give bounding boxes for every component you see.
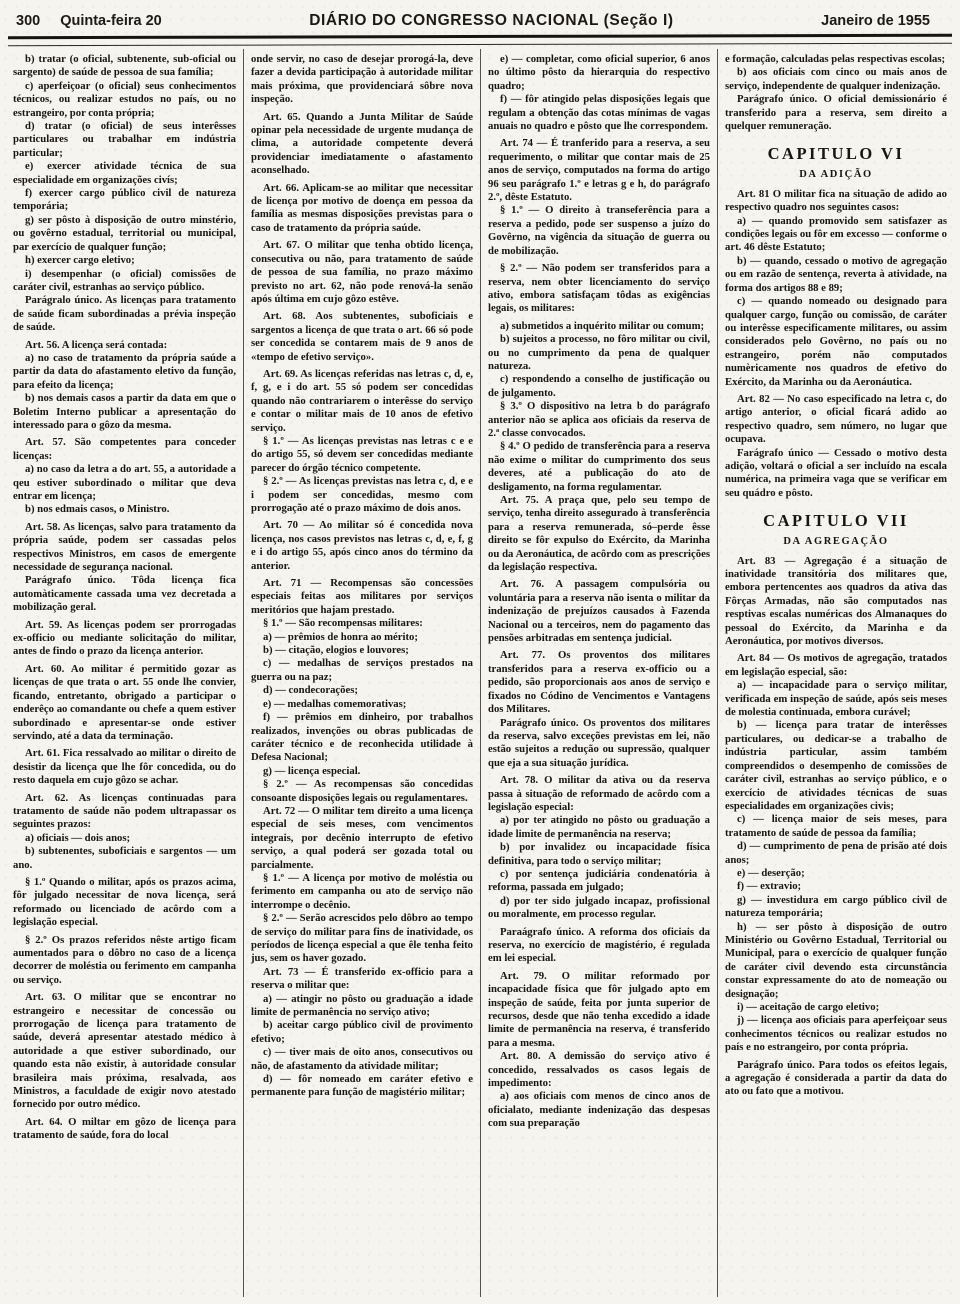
paragraph: § 2.º — As recompensas são concedidas co… (251, 778, 473, 805)
paragraph: Art. 76. A passagem compulsória ou volun… (488, 578, 710, 645)
paragraph: a) oficiais — dois anos; (13, 832, 236, 845)
paragraph: § 1.º — São recompensas militares: (251, 617, 473, 630)
paragraph: § 4.º O pedido de transferência para a r… (488, 440, 710, 494)
column-4: e formação, calculadas pelas respectivas… (717, 49, 954, 1297)
issue-date: Janeiro de 1955 (821, 13, 944, 29)
paragraph: Art. 67. O militar que tenha obtido lice… (251, 239, 473, 306)
paragraph: Art. 65. Quando a Junta Militar de Saúde… (251, 111, 473, 178)
paragraph: Art. 63. O militar que se encontrar no e… (13, 991, 236, 1112)
paragraph: g) ser pôsto à disposição de outro minst… (13, 214, 236, 254)
paragraph: Art. 69. As licenças referidas nas letra… (251, 368, 473, 435)
paragraph: § 2.º Os prazos referidos nêste artigo f… (13, 934, 236, 988)
paragraph: Art. 62. As licenças continuadas para tr… (13, 792, 236, 832)
paragraph: Paraágrafo único. A reforma dos oficiais… (488, 926, 710, 966)
paragraph: Parágralo único. As licenças para tratam… (13, 294, 236, 334)
paragraph: Parágrafo único. Os proventos dos milita… (488, 717, 710, 771)
masthead: 300 Quinta-feira 20 DIÁRIO DO CONGRESSO … (0, 0, 960, 33)
paragraph: Art. 72 — O militar tem direito a uma li… (251, 805, 473, 872)
paragraph: Art. 80. A demissão do serviço ativo é c… (488, 1050, 710, 1090)
paragraph: i) desempenhar (o oficial) comissões de … (13, 268, 236, 295)
paragraph: b) — citação, elogios e louvores; (251, 644, 473, 657)
paragraph: b) subtenentes, suboficiais e sargentos … (13, 845, 236, 872)
chapter-subheading: DA AGREGAÇÃO (725, 535, 947, 548)
paragraph: Art. 74 — É tranferido para a reserva, a… (488, 137, 710, 204)
paragraph: § 2.º — Serão acrescidos pelo dôbro ao t… (251, 912, 473, 966)
paragraph: a) — prêmios de honra ao mérito; (251, 631, 473, 644)
paragraph: Art. 82 — No caso especificado na letra … (725, 393, 947, 447)
paragraph: b) nos demais casos a partir da data em … (13, 392, 236, 432)
paragraph: Art. 68. Aos subtenentes, suboficiais e … (251, 310, 473, 364)
chapter-heading: CAPITULO VI (725, 145, 947, 163)
paragraph: § 1.º — As licenças previstas nas letras… (251, 435, 473, 475)
masthead-rule (8, 34, 952, 46)
paragraph: Art. 61. Fica ressalvado ao militar o di… (13, 747, 236, 787)
paragraph: b) tratar (o oficial, subtenente, sub-of… (13, 53, 236, 80)
paragraph: Art. 78. O militar da ativa ou da reserv… (488, 774, 710, 814)
paragraph: Parágrafo único. O oficial demissionário… (725, 93, 947, 133)
paragraph: Farágrafo único — Cessado o motivo desta… (725, 447, 947, 501)
paragraph: Art. 59. As licenças podem ser prorrogad… (13, 619, 236, 659)
paragraph: § 1.º Quando o militar, após os prazos a… (13, 876, 236, 930)
column-1: b) tratar (o oficial, subtenente, sub-of… (6, 49, 243, 1297)
paragraph: c) respondendo a conselho de justificaçã… (488, 373, 710, 400)
paragraph: a) no caso da letra a do art. 55, a auto… (13, 463, 236, 503)
paragraph: Art. 60. Ao militar é permitido gozar as… (13, 663, 236, 743)
paragraph: § 1.º — O direito à transeferência para … (488, 204, 710, 258)
paragraph: a) por ter atingido no pôsto ou graduaçã… (488, 814, 710, 841)
paragraph: Art. 64. O miltar em gôzo de licença par… (13, 1116, 236, 1143)
paragraph: § 2.º — As licenças previstas nas letra … (251, 475, 473, 515)
paragraph: h) exercer cargo eletivo; (13, 254, 236, 267)
paragraph: c) aperfeiçoar (o oficial) seus conhecim… (13, 80, 236, 120)
paragraph: c) — tiver mais de oito anos, consecutiv… (251, 1046, 473, 1073)
paragraph: j) — licença aos oficiais para aperfeiço… (725, 1014, 947, 1054)
column-3: e) — completar, como oficial superior, 6… (480, 49, 717, 1297)
paragraph: f) — fôr atingido pelas disposições lega… (488, 93, 710, 133)
paragraph: Art. 84 — Os motivos de agregação, trata… (725, 652, 947, 679)
paragraph: e) exercer atividade técnica de sua espe… (13, 160, 236, 187)
paragraph: e) — medalhas comemorativas; (251, 698, 473, 711)
paragraph: e) — deserção; (725, 867, 947, 880)
paragraph: Parágrafo único. Para todos os efeitos l… (725, 1059, 947, 1099)
paragraph: onde servir, no caso de desejar prorogá-… (251, 53, 473, 107)
paragraph: i) — aceitação de cargo eletivo; (725, 1001, 947, 1014)
paragraph: f) — extravio; (725, 880, 947, 893)
paragraph: b) por invalidez ou incapacidade física … (488, 841, 710, 868)
paragraph: a) submetidos a inquérito militar ou com… (488, 320, 710, 333)
paragraph: a) no caso de tratamento da própria saúd… (13, 352, 236, 392)
columns: b) tratar (o oficial, subtenente, sub-of… (6, 49, 954, 1297)
paragraph: g) — licença especial. (251, 765, 473, 778)
paragraph: c) — licença maior de seis meses, para t… (725, 813, 947, 840)
paragraph: b) sujeitos a processo, no fôro militar … (488, 333, 710, 373)
column-2: onde servir, no caso de desejar prorogá-… (243, 49, 480, 1297)
paragraph: g) — investidura em cargo público civil … (725, 894, 947, 921)
paragraph: h) — ser pôsto à disposição de outro Min… (725, 921, 947, 1001)
paragraph: d) — fôr nomeado em caráter efetivo e pe… (251, 1073, 473, 1100)
paragraph: Art. 77. Os proventos dos militares tran… (488, 649, 710, 716)
paragraph: a) — quando promovido sem satisfazer as … (725, 215, 947, 255)
paragraph: Art. 81 O militar fica na situação de ad… (725, 188, 947, 215)
paragraph: § 3.º O dispositivo na letra b do parágr… (488, 400, 710, 440)
page-title: DIÁRIO DO CONGRESSO NACIONAL (Seção I) (162, 12, 821, 30)
paragraph: b) — licença para tratar de interêsses p… (725, 719, 947, 813)
paragraph: § 2.º — Não podem ser transferidos para … (488, 262, 710, 316)
paragraph: Art. 58. As licenças, salvo para tratame… (13, 521, 236, 575)
paragraph: b) — quando, cessado o motivo de agregaç… (725, 255, 947, 295)
paragraph: c) — medalhas de serviços prestados na g… (251, 657, 473, 684)
paragraph: § 1.º — A licença por motivo de moléstia… (251, 872, 473, 912)
paragraph: d) por ter sido julgado incapaz, profiss… (488, 895, 710, 922)
paragraph: b) aos oficiais com cinco ou mais anos d… (725, 66, 947, 93)
paragraph: Art. 66. Aplicam-se ao militar que neces… (251, 182, 473, 236)
paragraph: d) — cumprimento de pena de prisão até d… (725, 840, 947, 867)
paragraph: c) — quando nomeado ou designado para qu… (725, 295, 947, 389)
gazette-page: 300 Quinta-feira 20 DIÁRIO DO CONGRESSO … (0, 0, 960, 1304)
paragraph: e formação, calculadas pelas respectivas… (725, 53, 947, 66)
weekday-label: Quinta-feira 20 (60, 13, 162, 29)
paragraph: b) aceitar cargo público civil de provim… (251, 1019, 473, 1046)
paragraph: d) tratar (o oficial) de seus interêsses… (13, 120, 236, 160)
paragraph: e) — completar, como oficial superior, 6… (488, 53, 710, 93)
paragraph: c) por sentença judiciária condenatória … (488, 868, 710, 895)
paragraph: Art. 70 — Ao militar só é concedida nova… (251, 519, 473, 573)
paragraph: b) nos edmais casos, o Ministro. (13, 503, 236, 516)
chapter-subheading: DA ADIÇÃO (725, 168, 947, 181)
paragraph: Art. 75. A praça que, pelo seu tempo de … (488, 494, 710, 574)
paragraph: f) exercer cargo público civil de nature… (13, 187, 236, 214)
paragraph: Art. 56. A licença será contada: (13, 339, 236, 352)
page-number: 300 (16, 13, 40, 29)
paragraph: a) aos oficiais com menos de cinco anos … (488, 1090, 710, 1130)
paragraph: a) — atingir no pôsto ou graduação a ida… (251, 993, 473, 1020)
chapter-heading: CAPITULO VII (725, 512, 947, 530)
paragraph: Art. 57. São competentes para conceder l… (13, 436, 236, 463)
paragraph: Parágrafo único. Tôda licença fica autom… (13, 574, 236, 614)
paragraph: Art. 83 — Agregação é a situação de inat… (725, 555, 947, 649)
masthead-left: 300 Quinta-feira 20 (16, 13, 162, 29)
paragraph: Art. 73 — É transferido ex-officio para … (251, 966, 473, 993)
paragraph: Art. 71 — Recompensas são concessões esp… (251, 577, 473, 617)
paragraph: f) — prêmios em dinheiro, por trabalhos … (251, 711, 473, 765)
paragraph: Art. 79. O militar reformado por incapac… (488, 970, 710, 1050)
paragraph: a) — incapacidade para o serviço militar… (725, 679, 947, 719)
paragraph: d) — condecorações; (251, 684, 473, 697)
